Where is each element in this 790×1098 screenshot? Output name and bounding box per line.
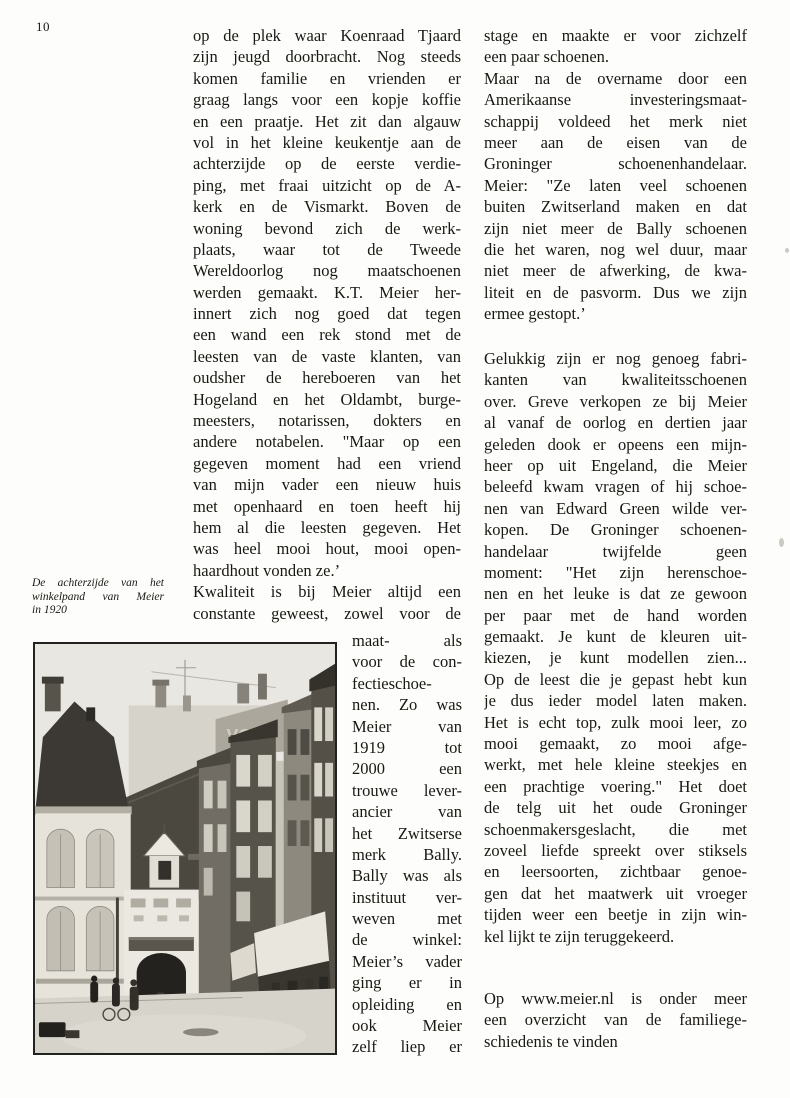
text-line: handelaar twijfelde geen bbox=[484, 541, 747, 562]
text-line: gemaakt. Je kunt de kleuren uit- bbox=[484, 626, 747, 647]
text-line: merk Bally. bbox=[352, 844, 462, 865]
text-line: en een praatje. Het zit dan algauw bbox=[193, 111, 461, 132]
text-line: komen familie en vrienden er bbox=[193, 68, 461, 89]
text-line: stage en maakte er voor zichzelf bbox=[484, 25, 747, 46]
text-line: schappij voldeed het merk niet bbox=[484, 111, 747, 132]
text-line: Het is echt top, zulk mooi leer, zo bbox=[484, 712, 747, 733]
text-line: kiezen, je kunt modellen zien... bbox=[484, 647, 747, 668]
text-line: Hogeland en het Oldambt, burge- bbox=[193, 389, 461, 410]
text-line: 2000 een bbox=[352, 758, 462, 779]
text-line: oudsher de hereboeren van het bbox=[193, 367, 461, 388]
text-line: van mijn vader een nieuw huis bbox=[193, 474, 461, 495]
text-line: ging er in bbox=[352, 972, 462, 993]
text-line: buiten Zwitserland maken en dat bbox=[484, 196, 747, 217]
article-column-right-paragraph-1: stage en maakte er voor zichzelfeen paar… bbox=[484, 25, 747, 324]
text-line: niet meer de afwerking, de kwa- bbox=[484, 260, 747, 281]
text-line: een prachtige voering." Het doet bbox=[484, 776, 747, 797]
text-line: in 1920 bbox=[32, 604, 164, 618]
text-line: trouwe lever- bbox=[352, 780, 462, 801]
text-line: zelf liep er bbox=[352, 1036, 462, 1057]
text-line: zoveel liefde spreekt over stiksels bbox=[484, 840, 747, 861]
text-line: weven met bbox=[352, 908, 462, 929]
article-column-right-paragraph-3: Op www.meier.nl is onder meereen overzic… bbox=[484, 988, 747, 1052]
text-line: nen. Zo was bbox=[352, 694, 462, 715]
text-line: Maar na de overname door een bbox=[484, 68, 747, 89]
text-line: een wand een rek stond met de bbox=[193, 324, 461, 345]
text-line: werden gemaakt. K.T. Meier her- bbox=[193, 282, 461, 303]
text-line: meesters, notarissen, dokters en bbox=[193, 410, 461, 431]
text-line: nen van Edward Green wilde ver- bbox=[484, 498, 747, 519]
text-line: woning bevond zich de werk- bbox=[193, 218, 461, 239]
text-line: Meier: "Ze laten veel schoenen bbox=[484, 175, 747, 196]
photo-caption: De achterzijde van hetwinkelpand van Mei… bbox=[32, 577, 164, 618]
magazine-page: 10 op de plek waar Koenraad Tjaardzijn j… bbox=[0, 0, 790, 1098]
text-line: Groninger schoenenhandelaar. bbox=[484, 153, 747, 174]
text-line: opleiding en bbox=[352, 994, 462, 1015]
scan-artifact bbox=[785, 248, 789, 253]
text-line: 1919 tot bbox=[352, 737, 462, 758]
page-number: 10 bbox=[36, 19, 50, 35]
text-line: over. Greve verkopen ze bij Meier bbox=[484, 391, 747, 412]
text-line: schoenmakersgeslacht, die met bbox=[484, 819, 747, 840]
text-line: maat- als bbox=[352, 630, 462, 651]
text-line: moment: "Het zijn herenschoe- bbox=[484, 562, 747, 583]
text-line: De achterzijde van het bbox=[32, 577, 164, 591]
text-line: Kwaliteit is bij Meier altijd een bbox=[193, 581, 461, 602]
text-line: ancier van bbox=[352, 801, 462, 822]
text-line: en leersoorten, zichtbaar genoe- bbox=[484, 861, 747, 882]
text-line: gegeven moment had een vriend bbox=[193, 453, 461, 474]
text-line: nen en het leuke is dat ze gewoon bbox=[484, 583, 747, 604]
text-line: per paar met de hand worden bbox=[484, 605, 747, 626]
text-line: liteit en de pasvorm. Dus we zijn bbox=[484, 282, 747, 303]
text-line: Bally was als bbox=[352, 865, 462, 886]
text-line: je dus ieder model laten maken. bbox=[484, 690, 747, 711]
text-line: Op www.meier.nl is onder meer bbox=[484, 988, 747, 1009]
text-line: kerk en de Vismarkt. Boven de bbox=[193, 196, 461, 217]
text-line: een overzicht van de familiege- bbox=[484, 1009, 747, 1030]
text-line: instituut ver- bbox=[352, 887, 462, 908]
text-line: het Zwitserse bbox=[352, 823, 462, 844]
text-line: achterzijde op de eerste verdie- bbox=[193, 153, 461, 174]
text-line: zijn niet meer de Bally schoenen bbox=[484, 218, 747, 239]
text-line: de winkel: bbox=[352, 929, 462, 950]
text-line: innert zich nog goed dat tegen bbox=[193, 303, 461, 324]
text-line: beleefd kwam vragen of hij schoe- bbox=[484, 476, 747, 497]
text-line: de telg uit het oude Groninger bbox=[484, 797, 747, 818]
text-line: haardhout vonden ze.’ bbox=[193, 560, 461, 581]
text-line: schiedenis te vinden bbox=[484, 1031, 747, 1052]
text-line: vol in het kleine keukentje aan de bbox=[193, 132, 461, 153]
text-line: voor de con- bbox=[352, 651, 462, 672]
text-line: Meier van bbox=[352, 716, 462, 737]
text-line: die het waren, nog wel duur, maar bbox=[484, 239, 747, 260]
article-column-left-narrow: maat- alsvoor de con-fectieschoe-nen. Zo… bbox=[352, 630, 462, 1058]
text-line: graag langs voor een kopje koffie bbox=[193, 89, 461, 110]
text-line: constante geweest, zowel voor de bbox=[193, 603, 461, 624]
text-line: fectieschoe- bbox=[352, 673, 462, 694]
text-line: werkt, met hele kleine steekjes en bbox=[484, 754, 747, 775]
text-line: Op de leest die je gepast hebt kun bbox=[484, 669, 747, 690]
text-line: plaats, waar tot de Tweede bbox=[193, 239, 461, 260]
photo-street-scene: VOGT bbox=[33, 642, 337, 1055]
text-line: ermee gestopt.’ bbox=[484, 303, 747, 324]
text-line: al vanaf de oorlog en dertien jaar bbox=[484, 412, 747, 433]
text-line: een paar schoenen. bbox=[484, 46, 747, 67]
article-column-left: op de plek waar Koenraad Tjaardzijn jeug… bbox=[193, 25, 461, 624]
text-line: meer aan de eisen van de bbox=[484, 132, 747, 153]
text-line: heer op uit Engeland, die Meier bbox=[484, 455, 747, 476]
text-line: mooi gemaakt, zo mooi afge- bbox=[484, 733, 747, 754]
text-line: Gelukkig zijn er nog genoeg fabri- bbox=[484, 348, 747, 369]
text-line: gen dat het maatwerk uit vroeger bbox=[484, 883, 747, 904]
text-line: tijden weer een beetje in zijn win- bbox=[484, 904, 747, 925]
text-line: Meier’s vader bbox=[352, 951, 462, 972]
scan-artifact bbox=[779, 538, 784, 547]
text-line: kopen. De Groninger schoenen- bbox=[484, 519, 747, 540]
text-line: ping, met fraai uitzicht op de A- bbox=[193, 175, 461, 196]
article-column-right-paragraph-2: Gelukkig zijn er nog genoeg fabri-kanten… bbox=[484, 348, 747, 947]
text-line: leesten van de vaste klanten, van bbox=[193, 346, 461, 367]
text-line: ook Meier bbox=[352, 1015, 462, 1036]
text-line: op de plek waar Koenraad Tjaard bbox=[193, 25, 461, 46]
text-line: kanten van kwaliteitsschoenen bbox=[484, 369, 747, 390]
text-line: Wereldoorlog nog maatschoenen bbox=[193, 260, 461, 281]
text-line: andere notabelen. "Maar op een bbox=[193, 431, 461, 452]
text-line: zijn jeugd doorbracht. Nog steeds bbox=[193, 46, 461, 67]
street-scene-illustration: VOGT bbox=[35, 644, 335, 1053]
street bbox=[35, 989, 335, 1053]
text-line: was heel mooi hout, mooi open- bbox=[193, 538, 461, 559]
text-line: hem al die leesten gegeven. Het bbox=[193, 517, 461, 538]
text-line: met openhaard en toen heeft hij bbox=[193, 496, 461, 517]
text-line: kel lijkt te zijn teruggekeerd. bbox=[484, 926, 747, 947]
text-line: winkelpand van Meier bbox=[32, 591, 164, 605]
text-line: geleden dook er opeens een mijn- bbox=[484, 434, 747, 455]
text-line: Amerikaanse investeringsmaat- bbox=[484, 89, 747, 110]
